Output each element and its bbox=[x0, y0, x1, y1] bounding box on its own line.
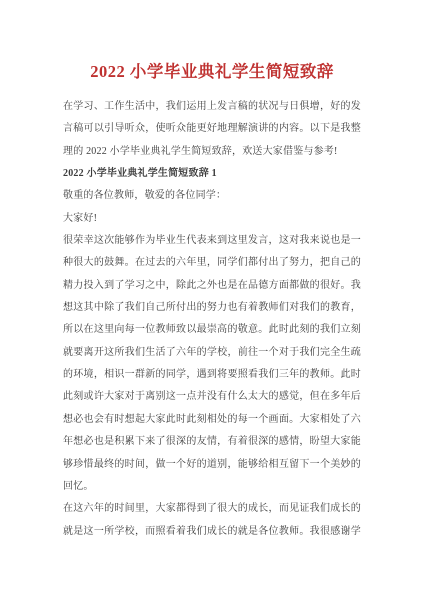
greeting-line: 大家好! bbox=[63, 208, 361, 230]
body-line: 在学习、工作生活中，我们运用上发言稿的状况与日俱增，好的发 bbox=[63, 96, 361, 118]
body-line: 想这其中除了我们自己所付出的努力也有着教师们对我们的教育， bbox=[63, 297, 361, 319]
document-title: 2022 小学毕业典礼学生简短致辞 bbox=[0, 0, 424, 83]
body-line: 种很大的鼓舞。在过去的六年里，同学们都付出了努力，把自己的 bbox=[63, 252, 361, 274]
body-line: 理的 2022 小学毕业典礼学生简短致辞，欢送大家借鉴与参考! bbox=[63, 141, 361, 163]
body-line: 所以在这里向每一位教师致以最崇高的敬意。此时此刻的我们立刻 bbox=[63, 319, 361, 341]
body-line: 就要离开这所我们生活了六年的学校，前往一个对于我们完全生疏 bbox=[63, 342, 361, 364]
body-line: 年想必也是积累下来了很深的友情，有着很深的感情，盼望大家能 bbox=[63, 431, 361, 453]
salutation-line: 敬重的各位教师，敬爱的各位同学： bbox=[63, 185, 361, 207]
document-page: 2022 小学毕业典礼学生简短致辞 在学习、工作生活中，我们运用上发言稿的状况与… bbox=[0, 0, 424, 600]
body-line: 言稿可以引导听众，使听众能更好地理解演讲的内容。以下是我整 bbox=[63, 118, 361, 140]
body-line: 够珍惜最终的时间，做一个好的道别，能够给相互留下一个美妙的 bbox=[63, 454, 361, 476]
body-line: 精力投入到了学习之中，除此之外也是在品德方面都做的很好。我 bbox=[63, 275, 361, 297]
document-body: 在学习、工作生活中，我们运用上发言稿的状况与日俱增，好的发 言稿可以引导听众，使… bbox=[63, 96, 361, 543]
body-line: 想必也会有时想起大家此时此刻相处的每一个画面。大家相处了六 bbox=[63, 409, 361, 431]
section-heading: 2022 小学毕业典礼学生简短致辞 1 bbox=[63, 163, 361, 185]
body-line: 在这六年的时间里，大家都得到了很大的成长，而见证我们成长的 bbox=[63, 498, 361, 520]
body-line: 就是这一所学校，而照看着我们成长的就是各位教师。我很感谢学 bbox=[63, 521, 361, 543]
body-line: 回忆。 bbox=[63, 476, 361, 498]
body-line: 很荣幸这次能够作为毕业生代表来到这里发言，这对我来说也是一 bbox=[63, 230, 361, 252]
body-line: 此刻或许大家对于离别这一点并没有什么太大的感觉，但在多年后 bbox=[63, 386, 361, 408]
body-line: 的环境，相识一群新的同学，遇到将要照看我们三年的教师。此时 bbox=[63, 364, 361, 386]
